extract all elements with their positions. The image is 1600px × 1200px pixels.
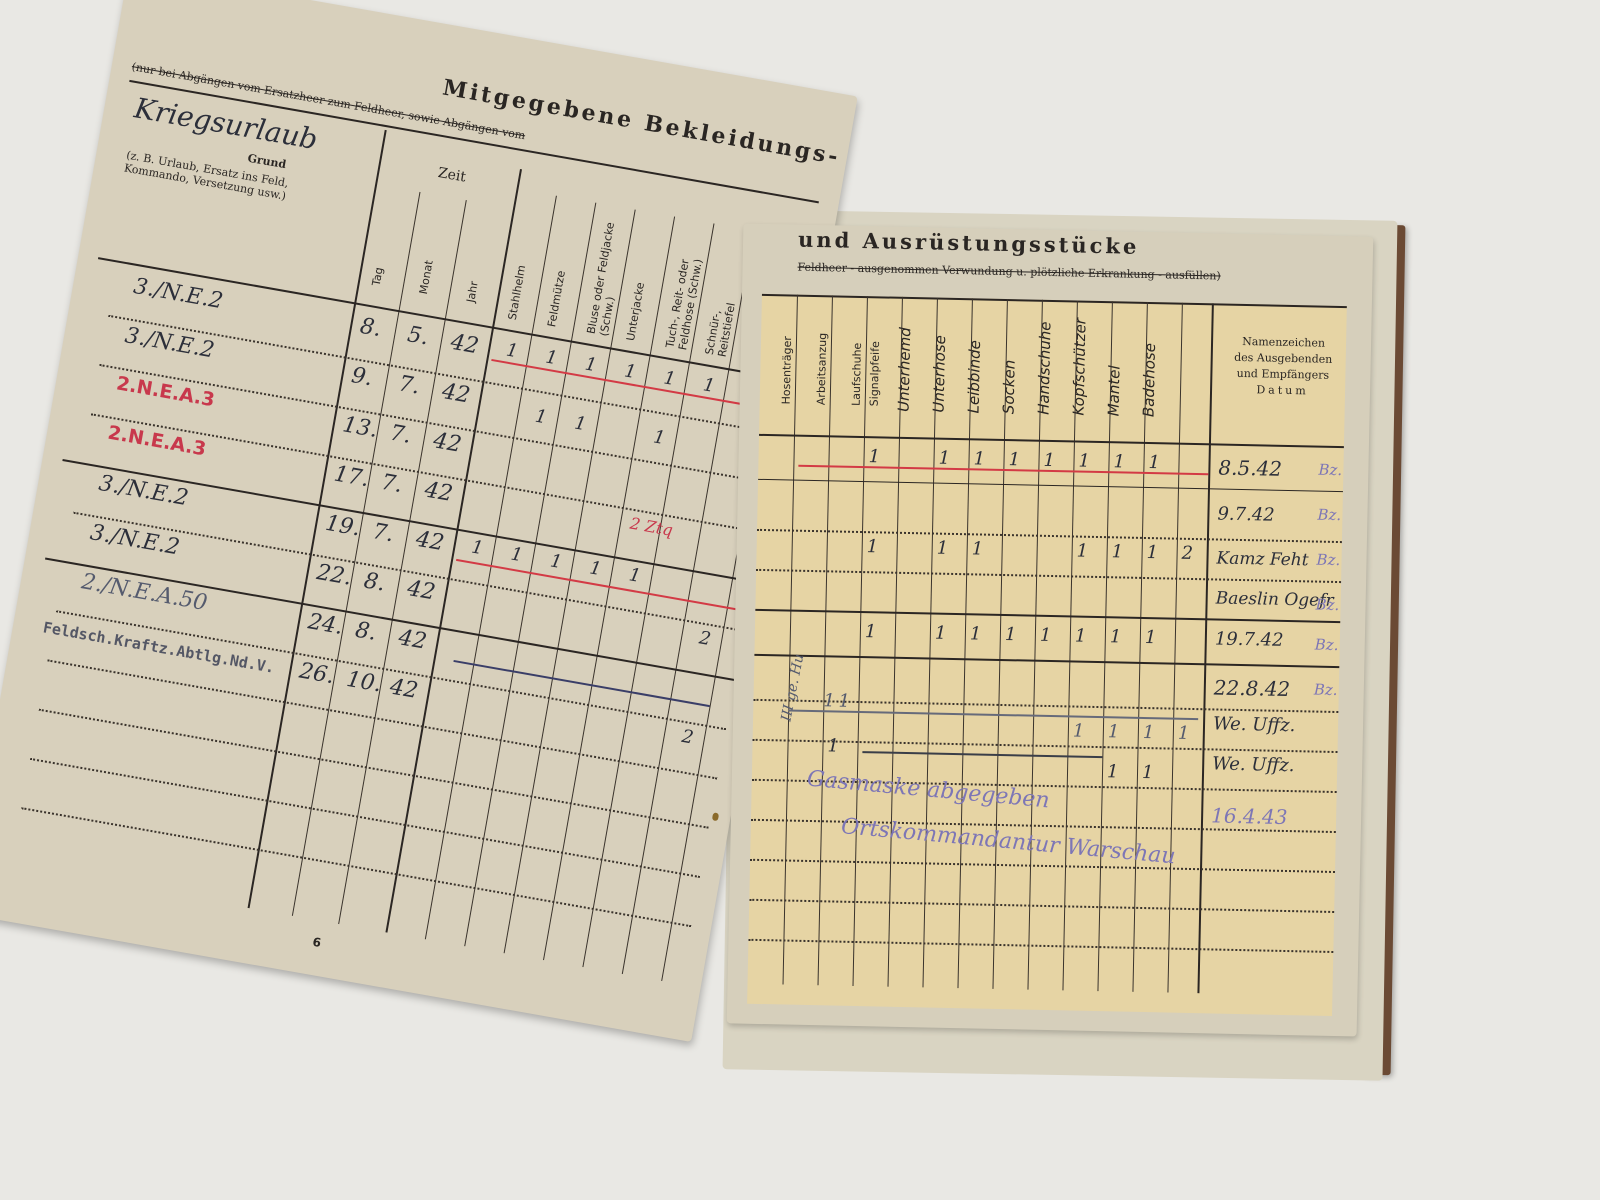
row-0-monat: 5. (405, 322, 430, 350)
tick-mark: 1 (627, 564, 642, 587)
zeit-tag: Tag (370, 266, 386, 287)
dotted-rule (750, 859, 1335, 873)
row-6-monat: 8. (353, 618, 378, 646)
row-1-grund: 3./N.E.2 (123, 323, 216, 363)
row-6-jahr: 42 (397, 625, 429, 654)
row-6-tag: 24. (306, 609, 345, 640)
insert-top-rule (762, 294, 1347, 308)
dotted-rule (757, 529, 1342, 543)
row-5-tag: 22. (315, 560, 354, 591)
blue-stamp: Feldsch.Kraftz.Abtlg.Nd.V. (42, 618, 276, 677)
col-rule (425, 196, 557, 940)
zeit-divider (385, 169, 522, 933)
tick-mark: 1 (652, 426, 667, 449)
side-note: III ge. Hu (778, 653, 807, 723)
row-4-tag: 19. (323, 511, 362, 542)
hw-item-7: Badehose (1139, 343, 1159, 417)
tick-mark: 1 (1178, 723, 1190, 744)
tick-mark: 1 (1040, 625, 1052, 646)
pencil-date: 16.4.43 (1211, 803, 1288, 829)
hw-item-2: Leibbinde (965, 340, 985, 414)
subtitle-right: Feldheer - ausgenommen Verwundung u. plö… (797, 261, 1220, 283)
tick-mark: 1 (702, 374, 717, 397)
tick-mark: 1 (1111, 541, 1123, 562)
count-mark: 2 (680, 726, 695, 749)
tick-mark: 1 (1073, 721, 1085, 742)
tick-mark: 1 (544, 346, 559, 369)
signature-header: Namenzeichen des Ausgebenden und Empfäng… (1225, 334, 1341, 400)
page-title-left: Mitgegebene Bekleidungs- (441, 75, 843, 171)
row-3-jahr: 42 (423, 478, 455, 507)
ink-initials: Bz. (1315, 596, 1339, 614)
row-2-jahr: 42 (431, 428, 463, 457)
item-unterjacke: Unterjacke (624, 281, 647, 342)
tick-mark: 1 (838, 691, 850, 712)
row-7-jahr: 42 (388, 675, 420, 704)
item-hose: Tuch-, Reit- oder Feldhose (Schw.) (663, 228, 709, 351)
count-mark: 2 (698, 627, 713, 650)
col-rule (464, 203, 596, 947)
tick-mark: 1 (935, 623, 947, 644)
row-1-jahr: 42 (440, 379, 472, 408)
tick-mark: 1 (1043, 450, 1055, 471)
ink-initials: Bz. (1315, 636, 1339, 654)
item-stahlhelm: Stahlhelm (506, 264, 528, 321)
row-0-jahr: 42 (449, 330, 481, 359)
row-1-monat: 7. (397, 371, 422, 399)
tick-mark: 1 (588, 557, 603, 580)
dotted-rule (748, 939, 1333, 953)
grund-divider (248, 130, 387, 908)
signature-label-3: und Empfängers (1225, 366, 1340, 384)
tick-mark: 1 (971, 538, 983, 559)
row-5-grund: 3./N.E.2 (88, 520, 181, 560)
tick-mark: 1 (1075, 626, 1087, 647)
row-3-monat: 7. (379, 470, 404, 498)
sig-row-1: 9.7.42 (1217, 503, 1275, 525)
row-2-tag: 13. (341, 412, 380, 443)
sig-row-2: Kamz Feht (1216, 548, 1308, 570)
grund-hint: (z. B. Urlaub, Ersatz ins Feld, Kommando… (123, 149, 344, 213)
item-feldmuetze: Feldmütze (545, 270, 568, 328)
row-3-tag: 17. (332, 462, 371, 493)
red-correction: 2 Ztq (629, 514, 675, 540)
zeit-label: Zeit (437, 165, 467, 186)
tick-mark: 1 (1076, 541, 1088, 562)
col-rule (504, 210, 636, 954)
item-hosentraeger: Hosenträger (780, 336, 794, 405)
signature-divider (1197, 303, 1213, 993)
row-5-monat: 8. (362, 568, 387, 596)
item-bluse: Bluse oder Feldjacke (Schw.) (585, 215, 631, 338)
row-7-tag: 26. (297, 659, 336, 690)
tick-mark: 1 (1107, 761, 1119, 782)
hw-item-4: Handschuhe (1035, 321, 1055, 415)
tick-mark: 1 (573, 413, 588, 436)
page-title-right: und Ausrüstungsstücke (798, 227, 1140, 259)
item-laufschuhe: Laufschuhe (850, 343, 864, 406)
count-mark: 2 (1181, 543, 1193, 564)
tick-mark: 1 (1113, 451, 1125, 472)
sig-row-4: 19.7.42 (1215, 628, 1284, 650)
pasted-insert-sheet: Hosenträger Arbeitsanzug Laufschuhe Sign… (747, 294, 1347, 1016)
grund-label: Grund (247, 152, 288, 172)
tick-mark: 1 (505, 340, 520, 363)
sig-row-0: 8.5.42 (1218, 455, 1282, 480)
tick-mark: 1 (1005, 624, 1017, 645)
zeit-jahr: Jahr (464, 280, 481, 303)
tick-mark: 1 (1146, 542, 1158, 563)
hw-item-5: Kopfschützer (1069, 318, 1089, 416)
tick-mark: 1 (1145, 627, 1157, 648)
dotted-rule (753, 739, 1338, 753)
hw-item-0: Unterhemd (895, 327, 915, 412)
hw-item-1: Unterhose (930, 335, 950, 413)
tick-mark: 1 (868, 446, 880, 467)
sig-row-5: 22.8.42 (1214, 675, 1291, 701)
row-0-grund: 3./N.E.2 (132, 274, 225, 314)
strike-rule (862, 751, 1102, 758)
tick-mark: 1 (470, 537, 485, 560)
sig-row-7: We. Uffz. (1212, 753, 1295, 776)
tick-mark: 1 (823, 690, 835, 711)
insert-header-rule (759, 434, 1344, 448)
tick-mark: 1 (865, 621, 877, 642)
tick-mark: 1 (1008, 449, 1020, 470)
row-4-monat: 7. (371, 519, 396, 547)
tick-mark: 1 (1142, 762, 1154, 783)
tick-mark: 1 (583, 353, 598, 376)
page-number: 6 (311, 935, 322, 950)
tick-mark: 1 (1078, 451, 1090, 472)
dotted-rule (749, 899, 1334, 913)
tick-mark: 1 (938, 448, 950, 469)
tick-mark: 1 (1148, 452, 1160, 473)
row-rule (758, 479, 1343, 492)
row-4-jahr: 42 (414, 527, 446, 556)
tick-mark: 1 (534, 406, 549, 429)
tick-mark: 1 (1143, 722, 1155, 743)
ink-initials: Bz. (1318, 461, 1342, 479)
tick-mark: 1 (509, 543, 524, 566)
red-stamp-2: 2.N.E.A.3 (106, 422, 208, 461)
row-0-tag: 8. (358, 314, 383, 342)
item-signalpfeife: Signalpfeife (868, 341, 882, 406)
row-2-monat: 7. (388, 421, 413, 449)
hw-item-3: Socken (1000, 360, 1019, 415)
tick-mark: 1 (1110, 626, 1122, 647)
row-4-grund: 3./N.E.2 (97, 471, 190, 511)
row-7-monat: 10. (345, 667, 384, 698)
tick-mark: 1 (936, 538, 948, 559)
tick-mark: 1 (973, 448, 985, 469)
staple-hole (712, 812, 719, 821)
row-1-tag: 9. (349, 363, 374, 391)
ink-initials: Bz. (1314, 681, 1338, 699)
tick-mark: 1 (970, 623, 982, 644)
row-rule (755, 609, 1340, 623)
sig-row-6: We. Uffz. (1213, 713, 1296, 736)
right-page: und Ausrüstungsstücke Feldheer - ausgeno… (727, 223, 1374, 1036)
tick-mark: 1 (866, 536, 878, 557)
row-5-jahr: 42 (405, 576, 437, 605)
item-arbeitsanzug: Arbeitsanzug (815, 333, 830, 406)
signature-label-4: Datum (1225, 382, 1340, 400)
row-rule (754, 654, 1339, 668)
red-stamp-1: 2.N.E.A.3 (115, 372, 217, 411)
zeit-monat: Monat (417, 259, 436, 295)
hw-item-6: Mantel (1104, 365, 1123, 416)
dotted-rule (756, 569, 1341, 583)
strike-rule (788, 710, 1198, 721)
ink-initials: Bz. (1316, 551, 1340, 569)
ink-initials: Bz. (1317, 506, 1341, 524)
tick-mark: 1 (623, 360, 638, 383)
pencil-note-1: Gasmaske abgegeben (806, 767, 1051, 814)
tick-mark: 1 (1108, 721, 1120, 742)
tick-mark: 1 (662, 367, 677, 390)
tick-mark: 1 (827, 735, 839, 756)
tick-mark: 1 (549, 550, 564, 573)
col-rule (1167, 303, 1182, 993)
